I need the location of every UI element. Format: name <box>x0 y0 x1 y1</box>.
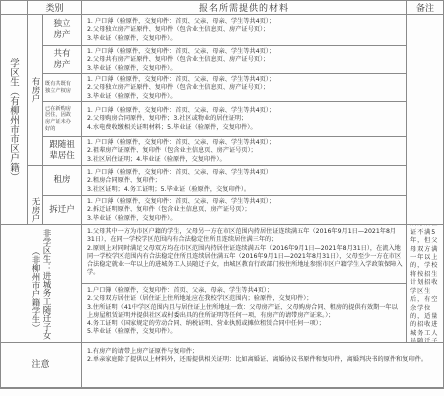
subcategory-label: 独立房产 <box>52 19 72 41</box>
subcategory-label: 共有房产 <box>52 49 72 71</box>
material-line: 3.毕业证（验原件，交复印件）。 <box>87 35 403 43</box>
subcategory-label: 已在新购房居住，因故房产证未办好的 <box>45 106 72 132</box>
material-line: 2.父母独立房产证原件、复印件（包含业主信息页、房产证号页）； <box>87 26 403 34</box>
subcategory-independent-property: 独立房产 <box>43 15 82 46</box>
table-border-bottom <box>0 388 444 389</box>
materials-rental: 1. 户口薄（验原件，交复印件：首页、父亲、母亲、学生等共4页） 2.租房合同原… <box>82 166 407 196</box>
subcategory-label: 租房 <box>53 175 70 186</box>
header-category-label: 类别 <box>45 1 63 14</box>
non-school-district-sub-label: （非柳州市户籍学生） <box>30 247 40 332</box>
condition-line: 2.原则上对同时满足父母双方均在市区范围内持居住证连续满五年（2016年9月1日… <box>87 245 403 278</box>
materials-shared-property: 1. 户口薄（验原件，交复印件：首页、父亲、母亲、学生等共4页）； 2.父母共有… <box>82 46 407 74</box>
enrollment-materials-table: 类别 报名所需提供的材料 备注 学区生（有柳州市市区户籍） 有房户 独立房产 1… <box>0 0 444 396</box>
notes-school-district <box>407 15 444 225</box>
material-line: 3.社区证明；4.务工证明；5.毕业证（验原件，交复印件）。 <box>87 186 403 194</box>
with-property-label-text: 有房户 <box>29 77 41 103</box>
material-line: 2.租房合同原件、复印件； <box>87 177 403 185</box>
school-district-label-text: 学区生（有柳州市市区户籍） <box>8 58 19 182</box>
subcategory-new-purchase: 已在新购房居住，因故房产证未办好的 <box>43 102 82 137</box>
without-property-label-text: 无房户 <box>29 197 41 223</box>
material-line: 3.毕业证（验原件，交复印件）。 <box>87 65 403 73</box>
material-line: 3.社区居住证明；4.毕业证（验原件，交复印件）。 <box>87 156 403 164</box>
subcategory-label: 跟随祖辈居住 <box>47 140 77 162</box>
material-line: 2.祖辈房产证原件、复印件（包含业主信息页、房产证号页）； <box>87 147 403 155</box>
non-school-district-note: 对于父母双方居住证不满5年，但父母双方满一年以上的，学校将按招生计划招收学区生后… <box>407 225 444 343</box>
materials-independent-property: 1. 户口薄（验原件，交复印件：首页、父亲、母亲、学生等共4页）； 2.父母独立… <box>82 15 407 46</box>
material-line: 3.毕业证（验原件，交复印件）。 <box>87 215 403 223</box>
without-property-label: 无房户 <box>28 166 43 225</box>
note-text: 对于父母双方居住证不满5年，但父母双方满一年以上的，学校将按招生计划招收学区生后… <box>410 225 440 343</box>
material-line: 3.住所证明（41中学区范围内且与居住证上住所地址一致：父母房产证、父母购房合同… <box>87 304 403 321</box>
with-property-label: 有房户 <box>28 15 43 166</box>
subcategory-relocation: 拆迁户 <box>43 196 82 225</box>
subcategory-label: 既有共既有独立产权房 <box>45 81 72 94</box>
material-line: 2.父母双方居住证（居住证上住所地址应在我校学区范围内；验原件，交复印件）； <box>87 295 403 303</box>
material-line: 2.拆迁证明原件、复印件（包含业主信息页、房产证号页）； <box>87 206 403 214</box>
subcategory-mixed-property: 既有共既有独立产权房 <box>43 74 82 102</box>
material-line: 5.毕业证（验原件，交复印件）。 <box>87 328 403 336</box>
non-school-district-conditions: 1.父母其中一方为市区户籍的学生，父母另一方在市区范围内持居住证连续满五年（20… <box>82 225 407 284</box>
material-line: 4.水电费收缴相关证明材料；5.毕业证（验原件，交复印件）。 <box>87 124 403 132</box>
header-materials-label: 报名所需提供的材料 <box>199 1 289 14</box>
school-district-label: 学区生（有柳州市市区户籍） <box>0 15 28 225</box>
material-line: 2.父母独立房产证原件、复印件（包含业主信息页、房产证号页）； <box>87 84 403 92</box>
materials-relocation: 1. 户口薄（验原件，交复印件：首页、父亲、母亲、学生等共4页）； 2.拆迁证明… <box>82 196 407 225</box>
material-line: 2.父母购房合同原件、复印件；3.社区或物业的居住证明； <box>87 115 403 123</box>
subcategory-rental: 租房 <box>43 166 82 196</box>
subcategory-shared-property: 共有房产 <box>43 46 82 74</box>
condition-line: 1.父母其中一方为市区户籍的学生，父母另一方在市区范围内持居住证连续满五年（20… <box>87 228 403 245</box>
materials-with-grandparents: 1. 户口薄（验原件，交复印件：首页、父亲、母亲、学生等共4页）； 2.祖辈房产… <box>82 137 407 166</box>
materials-new-purchase: 1. 户口薄（验原件，交复印件：首页、父亲、母亲、学生等共4页）； 2.父母购房… <box>82 102 407 137</box>
material-line: 3.毕业证（验原件，交复印件）。 <box>87 93 403 101</box>
attention-line: 2.单亲家庭除了提供以上材料外，还需提供相关证明：比如离婚证、离婚协议书原件和复… <box>87 356 440 364</box>
attention-content: 1.有房产的请带上房产证原件与复印件； 2.单亲家庭除了提供以上材料外，还需提供… <box>82 343 444 388</box>
attention-label: 注意 <box>0 343 82 388</box>
subcategory-with-grandparents: 跟随祖辈居住 <box>43 137 82 166</box>
non-school-district-materials: 1.户口簿（验原件，交复印件：首页、父亲、母亲、学生等共4页）； 2.父母双方居… <box>82 284 407 343</box>
materials-mixed-property: 1. 户口薄（验原件，交复印件：首页、父亲、母亲、学生等共4页）； 2.父母独立… <box>82 74 407 102</box>
attention-label-text: 注意 <box>31 360 49 371</box>
non-school-district-label: 非学区生：进城务工随迁子女 （非柳州市户籍学生） <box>0 225 82 343</box>
header-category: 类别 <box>28 1 82 15</box>
non-school-district-main-label: 非学区生：进城务工随迁子女 <box>41 229 51 340</box>
subcategory-label: 拆迁户 <box>49 205 75 216</box>
header-blank-cell <box>0 1 28 15</box>
material-line: 2.父母共有房产证原件、复印件（包含业主信息页、房产证号页）； <box>87 56 403 64</box>
header-notes-label: 备注 <box>416 1 434 14</box>
header-materials: 报名所需提供的材料 <box>82 1 407 15</box>
header-notes: 备注 <box>407 1 444 15</box>
